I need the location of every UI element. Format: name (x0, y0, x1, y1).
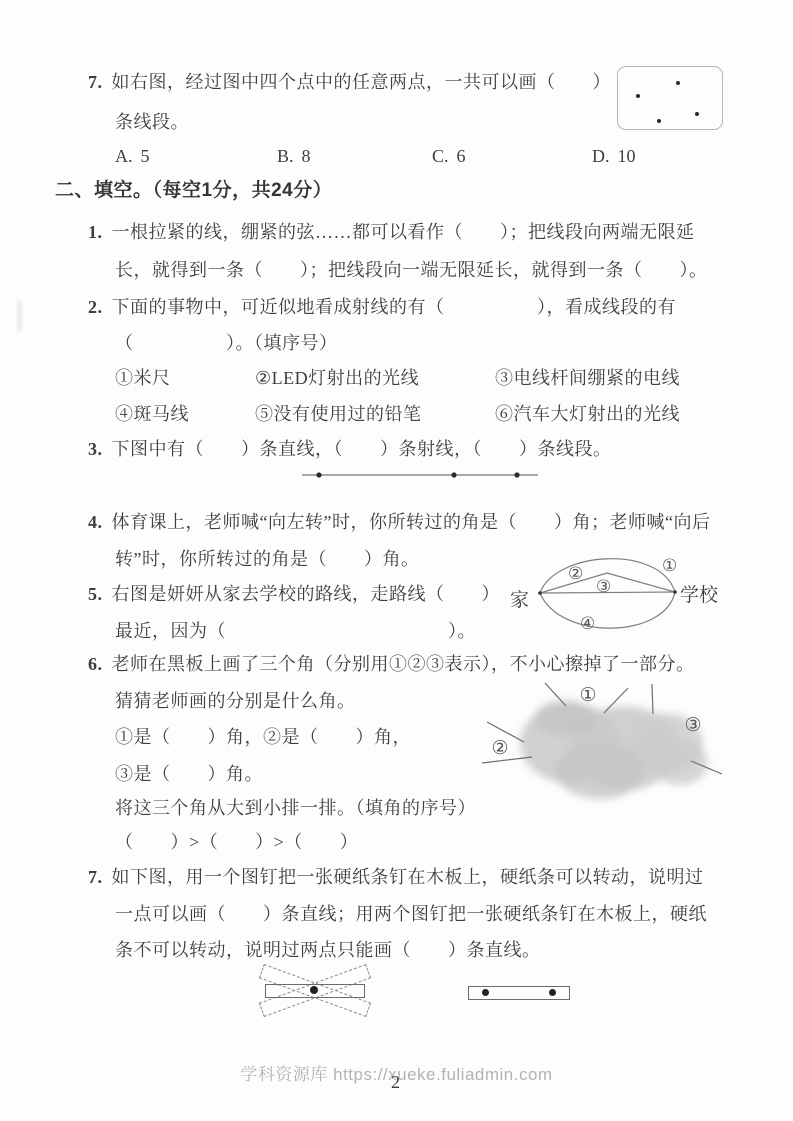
question-text: 体育课上，老师喊“向左转”时，你所转过的角是（ ）角；老师喊“向后 (112, 512, 711, 532)
route-label-3: ③ (596, 577, 611, 596)
option-c-label: C. (432, 146, 449, 166)
point-dot (514, 472, 519, 477)
q2-item-6: ⑥汽车大灯射出的光线 (495, 402, 680, 426)
option-b-label: B. (277, 146, 294, 166)
question-number: 6. (88, 654, 103, 674)
question-text: 下面的事物中，可近似地看成射线的有（ ），看成线段的有 (112, 297, 677, 317)
point-dot (451, 472, 456, 477)
question-text: 右图是妍妍从家去学校的路线，走路线（ ） (112, 584, 501, 604)
option-a: A.5 (115, 146, 150, 167)
option-a-value: 5 (141, 146, 150, 166)
one-pin-rotating-strip-figure (250, 953, 382, 1039)
option-d-value: 10 (618, 146, 636, 166)
q2-line2: （ ）。（填序号） (115, 331, 338, 355)
school-point (673, 590, 677, 594)
question-text: 下图中有（ ）条直线，（ ）条射线，（ ）条线段。 (112, 439, 612, 459)
q2-item-3: ③电线杆间绷紧的电线 (495, 366, 680, 390)
school-label: 学校 (680, 584, 719, 606)
q2-item-1: ①米尺 (115, 366, 171, 390)
point-dot (695, 112, 699, 116)
question-number: 2. (88, 297, 103, 317)
pin-dot (310, 986, 318, 994)
question-text: 如右图，经过图中四个点中的任意两点，一共可以画（ ） (112, 72, 612, 92)
q4-line1: 4.体育课上，老师喊“向左转”时，你所转过的角是（ ）角；老师喊“向后 (88, 510, 710, 534)
option-c: C.6 (432, 146, 466, 167)
chalk-smudge (520, 700, 708, 799)
q7-line2: 一点可以画（ ）条直线；用两个图钉把一张硬纸条钉在木板上，硬纸 (115, 902, 707, 926)
point-dot (636, 94, 640, 98)
two-pin-fixed-strip-figure (458, 976, 580, 1004)
q1-line1: 1.一根拉紧的线，绷紧的弦……都可以看作（ ）；把线段向两端无限延 (88, 220, 695, 244)
route-label-2: ② (568, 564, 583, 583)
point-dot (676, 81, 680, 85)
option-b-value: 8 (302, 146, 311, 166)
q2-item-2: ②LED灯射出的光线 (255, 366, 419, 390)
home-label: 家 (510, 589, 529, 611)
option-b: B.8 (277, 146, 311, 167)
angle-label-3: ③ (684, 715, 701, 736)
q6-line6: （ ）>（ ）>（ ） (115, 830, 358, 854)
option-d-label: D. (592, 146, 610, 166)
home-to-school-routes-figure: 家 学校 ① ② ③ ④ (500, 549, 745, 657)
question-number: 1. (88, 222, 103, 242)
route-label-1: ① (662, 556, 677, 575)
page-number: 2 (391, 1072, 400, 1093)
question-number: 5. (88, 584, 103, 604)
q2-item-4: ④斑马线 (115, 402, 189, 426)
option-d: D.10 (592, 146, 636, 167)
four-points-figure (617, 66, 723, 130)
q3-line1: 3.下图中有（ ）条直线，（ ）条射线，（ ）条线段。 (88, 437, 612, 461)
pin-dot (549, 989, 556, 996)
worksheet-page: 7.如右图，经过图中四个点中的任意两点，一共可以画（ ） 条线段。 A.5 B.… (0, 0, 793, 1121)
q6-line3: ①是（ ）角，②是（ ）角， (115, 725, 411, 749)
question-text: 如下图，用一个图钉把一张硬纸条钉在木板上，硬纸条可以转动，说明过 (112, 867, 704, 887)
q6-line2: 猜猜老师画的分别是什么角。 (115, 689, 356, 713)
erased-angles-figure: ① ② ③ (470, 663, 755, 823)
choice-q7-line2: 条线段。 (115, 110, 189, 134)
q2-line1: 2.下面的事物中，可近似地看成射线的有（ ），看成线段的有 (88, 295, 676, 319)
scan-stray-mark (17, 300, 22, 332)
q6-line5: 将这三个角从大到小排一排。（填角的序号） (115, 796, 476, 820)
question-number: 7. (88, 72, 103, 92)
q1-line2: 长，就得到一条（ ）；把线段向一端无限延长，就得到一条（ ）。 (115, 258, 708, 282)
option-c-value: 6 (457, 146, 466, 166)
home-point (538, 591, 542, 595)
q7-line1: 7.如下图，用一个图钉把一张硬纸条钉在木板上，硬纸条可以转动，说明过 (88, 865, 704, 889)
question-number: 7. (88, 867, 103, 887)
q2-item-5: ⑤没有使用过的铅笔 (255, 402, 422, 426)
angle-label-1: ① (579, 685, 596, 706)
q5-line1: 5.右图是妍妍从家去学校的路线，走路线（ ） (88, 582, 500, 606)
line-with-three-points-figure (298, 466, 542, 484)
angle-label-2: ② (491, 738, 508, 759)
pin-dot (482, 989, 489, 996)
q5-line2: 最近，因为（ ）。 (115, 619, 476, 643)
choice-q7-line1: 7.如右图，经过图中四个点中的任意两点，一共可以画（ ） (88, 70, 611, 94)
q6-line4: ③是（ ）角。 (115, 762, 263, 786)
point-dot (316, 472, 321, 477)
route-label-4: ④ (580, 614, 595, 633)
angle3-ray-top (652, 684, 653, 714)
section-two-heading: 二、填空。（每空1分，共24分） (55, 179, 332, 203)
question-number: 4. (88, 512, 103, 532)
question-number: 3. (88, 439, 103, 459)
q4-line2: 转”时，你所转过的角是（ ）角。 (115, 547, 420, 571)
option-a-label: A. (115, 146, 133, 166)
point-dot (657, 119, 661, 123)
route-bottom-curve (540, 592, 675, 628)
question-text: 一根拉紧的线，绷紧的弦……都可以看作（ ）；把线段向两端无限延 (112, 222, 695, 242)
